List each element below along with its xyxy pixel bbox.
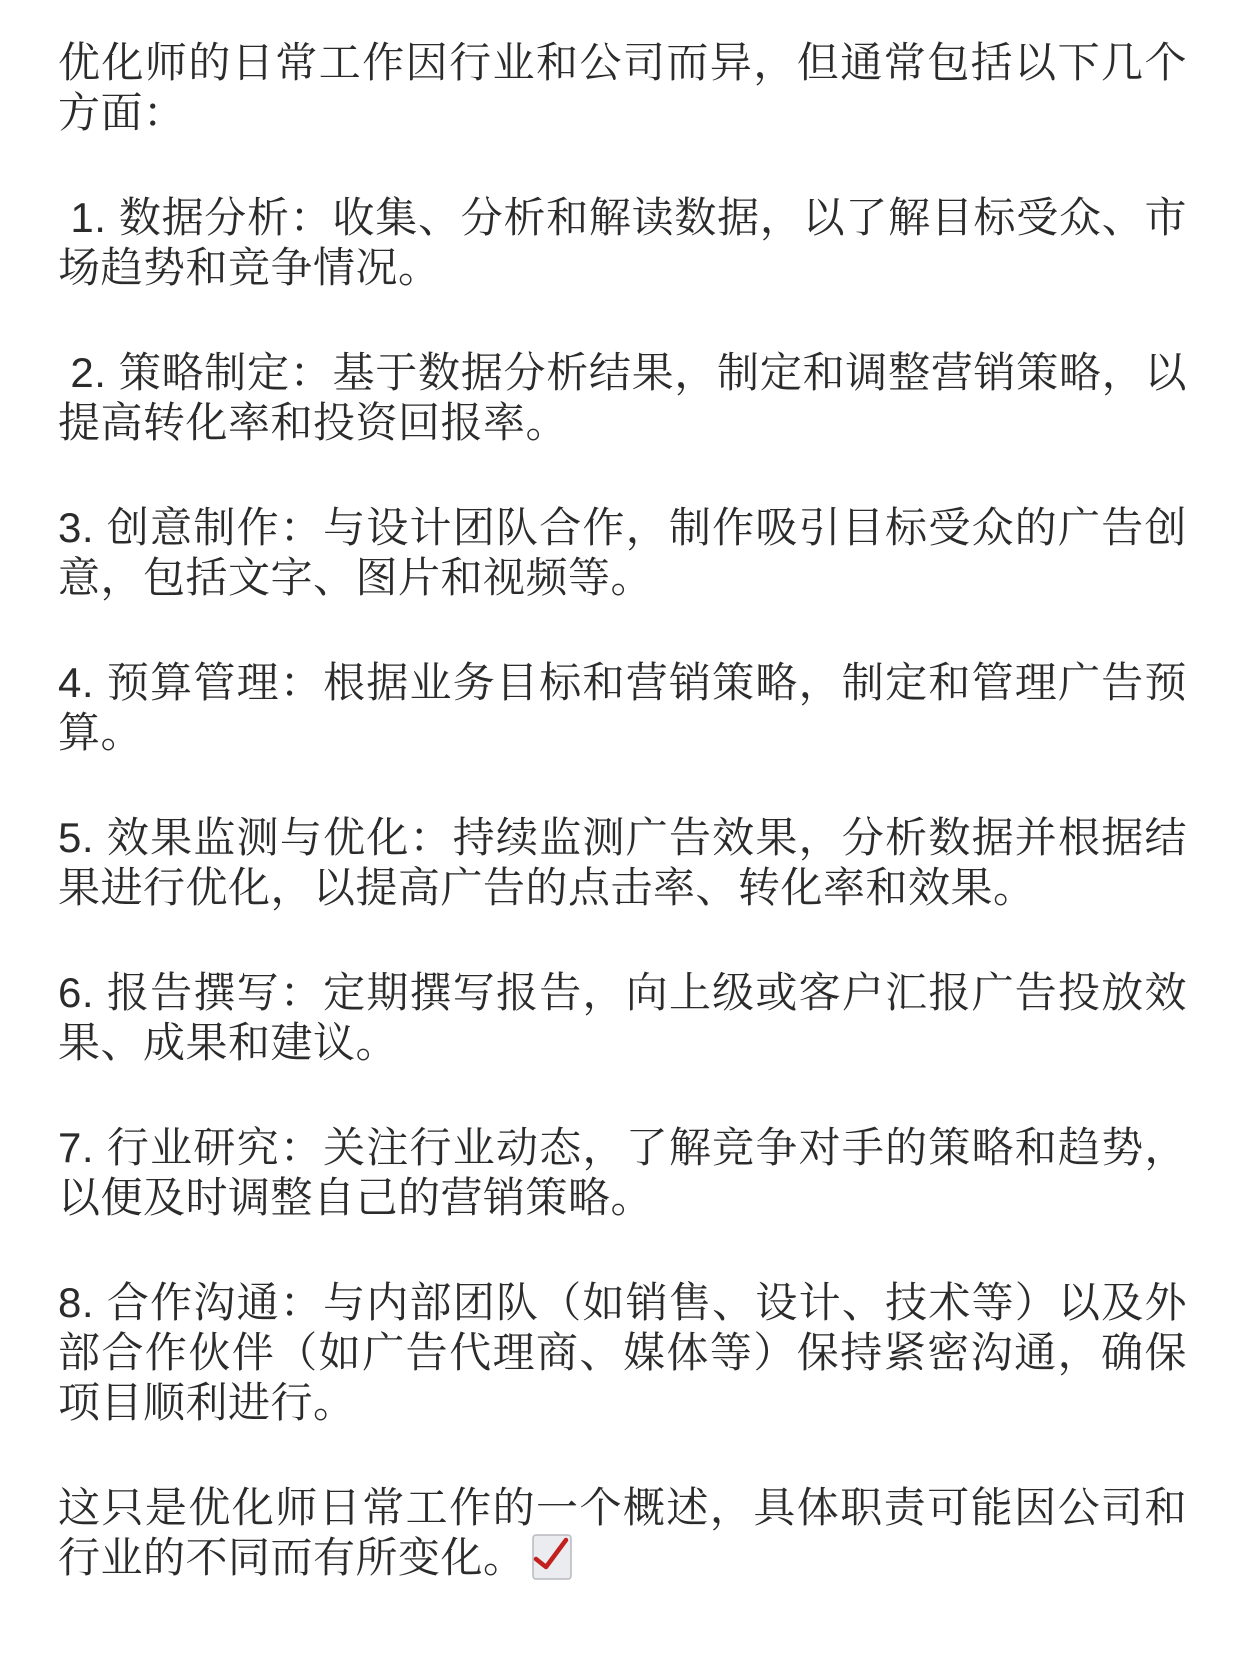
closing-text: 这只是优化师日常工作的一个概述，具体职责可能因公司和行业的不同而有所变化。 [58, 1484, 1187, 1581]
list-item-3-creative: 3. 创意制作：与设计团队合作，制作吸引目标受众的广告创意，包括文字、图片和视频… [58, 503, 1187, 603]
list-item-2-strategy: 2. 策略制定：基于数据分析结果，制定和调整营销策略，以提高转化率和投资回报率。 [58, 348, 1187, 448]
document-body: 优化师的日常工作因行业和公司而异，但通常包括以下几个方面： 1. 数据分析：收集… [0, 0, 1245, 1660]
list-item-7-industry-research: 7. 行业研究：关注行业动态，了解竞争对手的策略和趋势，以便及时调整自己的营销策… [58, 1123, 1187, 1223]
list-item-6-reporting: 6. 报告撰写：定期撰写报告，向上级或客户汇报广告投放效果、成果和建议。 [58, 968, 1187, 1068]
list-item-4-budget: 4. 预算管理：根据业务目标和营销策略，制定和管理广告预算。 [58, 658, 1187, 758]
list-item-8-communication: 8. 合作沟通：与内部团队（如销售、设计、技术等）以及外部合作伙伴（如广告代理商… [58, 1278, 1187, 1428]
list-item-5-monitoring: 5. 效果监测与优化：持续监测广告效果，分析数据并根据结果进行优化，以提高广告的… [58, 813, 1187, 913]
intro-paragraph: 优化师的日常工作因行业和公司而异，但通常包括以下几个方面： [58, 38, 1187, 138]
closing-paragraph: 这只是优化师日常工作的一个概述，具体职责可能因公司和行业的不同而有所变化。 [58, 1483, 1187, 1583]
chart-increasing-icon [532, 1534, 572, 1580]
list-item-1-data-analysis: 1. 数据分析：收集、分析和解读数据，以了解目标受众、市场趋势和竞争情况。 [58, 193, 1187, 293]
